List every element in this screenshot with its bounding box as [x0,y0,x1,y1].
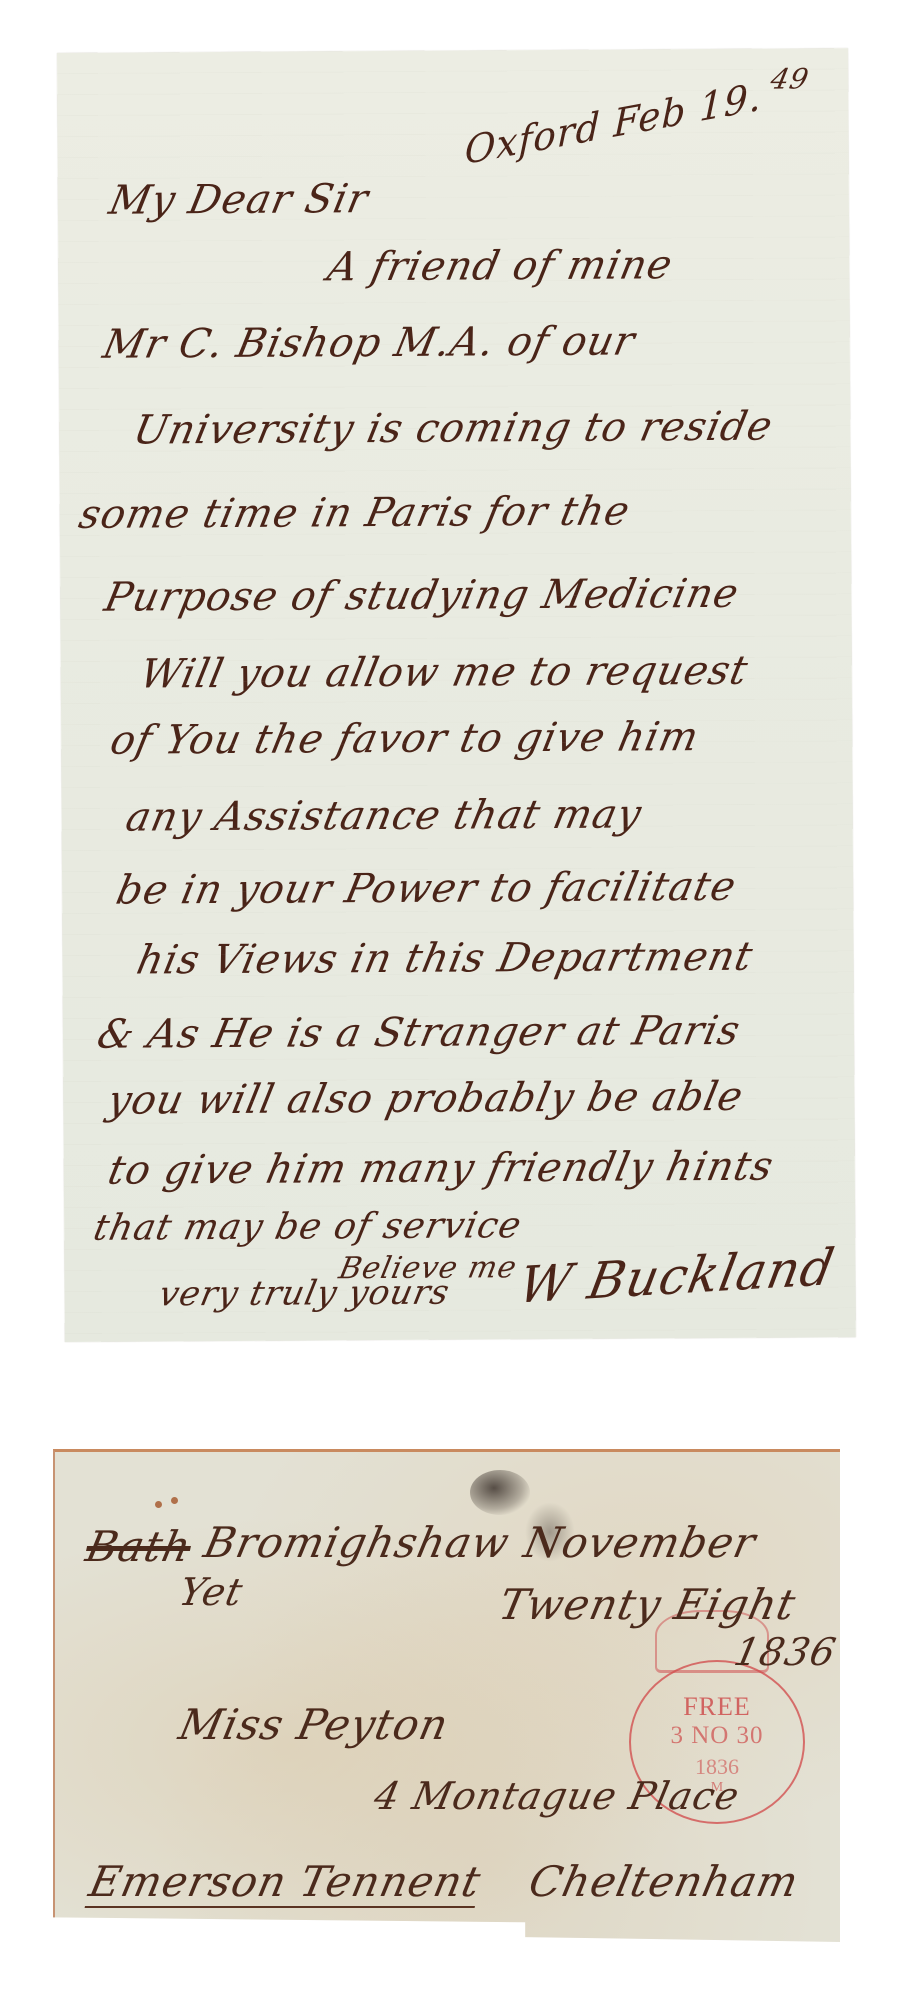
body-line: A friend of mine [324,245,676,287]
city: Cheltenham [525,1857,804,1906]
body-line: of You the favor to give him [107,717,702,761]
note-yet: Yet [175,1570,247,1614]
body-line: that may be of service [90,1208,524,1247]
body-line: be in your Power to facilitate [113,867,740,911]
salutation: My Dear Sir [106,179,372,221]
page-number: 49 [768,62,812,95]
body-line: University is coming to reside [130,407,776,451]
ink-dots [155,1497,185,1509]
addressee: Miss Peyton [175,1700,453,1749]
postmark-free: FREE [631,1692,803,1722]
ink-smudge [470,1470,530,1515]
closing-yours: very truly yours [155,1273,453,1315]
envelope-cover: FREE 3 NO 30 1836 M Bath Bromighshaw Nov… [53,1449,840,1942]
dateline: Oxford Feb 19. [464,77,762,170]
body-line: his Views in this Department [133,937,756,981]
body-line: some time in Paris for the [76,491,634,534]
year: 1836 [730,1630,840,1674]
body-line: any Assistance that may [123,794,646,837]
franking-signature: Emerson Tennent [85,1857,486,1908]
body-line: Mr C. Bishop M.A. of our [100,321,639,364]
day: Twenty Eight [495,1580,801,1629]
body-line: Will you allow me to request [137,651,752,695]
letter-page: 49 Oxford Feb 19. My Dear Sir A friend o… [57,48,856,1342]
postmark-date: 3 NO 30 [631,1722,803,1750]
body-line: you will also probably be able [104,1077,747,1121]
body-line: Purpose of studying Medicine [101,574,742,618]
signature: W Buckland [514,1238,839,1315]
month: November [520,1518,761,1567]
place-name: Bromighshaw [200,1518,514,1567]
street-address: 4 Montague Place [370,1774,743,1818]
body-line: & As He is a Stranger at Paris [94,1011,744,1055]
struck-word: Bath [82,1522,196,1571]
body-line: to give him many friendly hints [105,1147,777,1191]
